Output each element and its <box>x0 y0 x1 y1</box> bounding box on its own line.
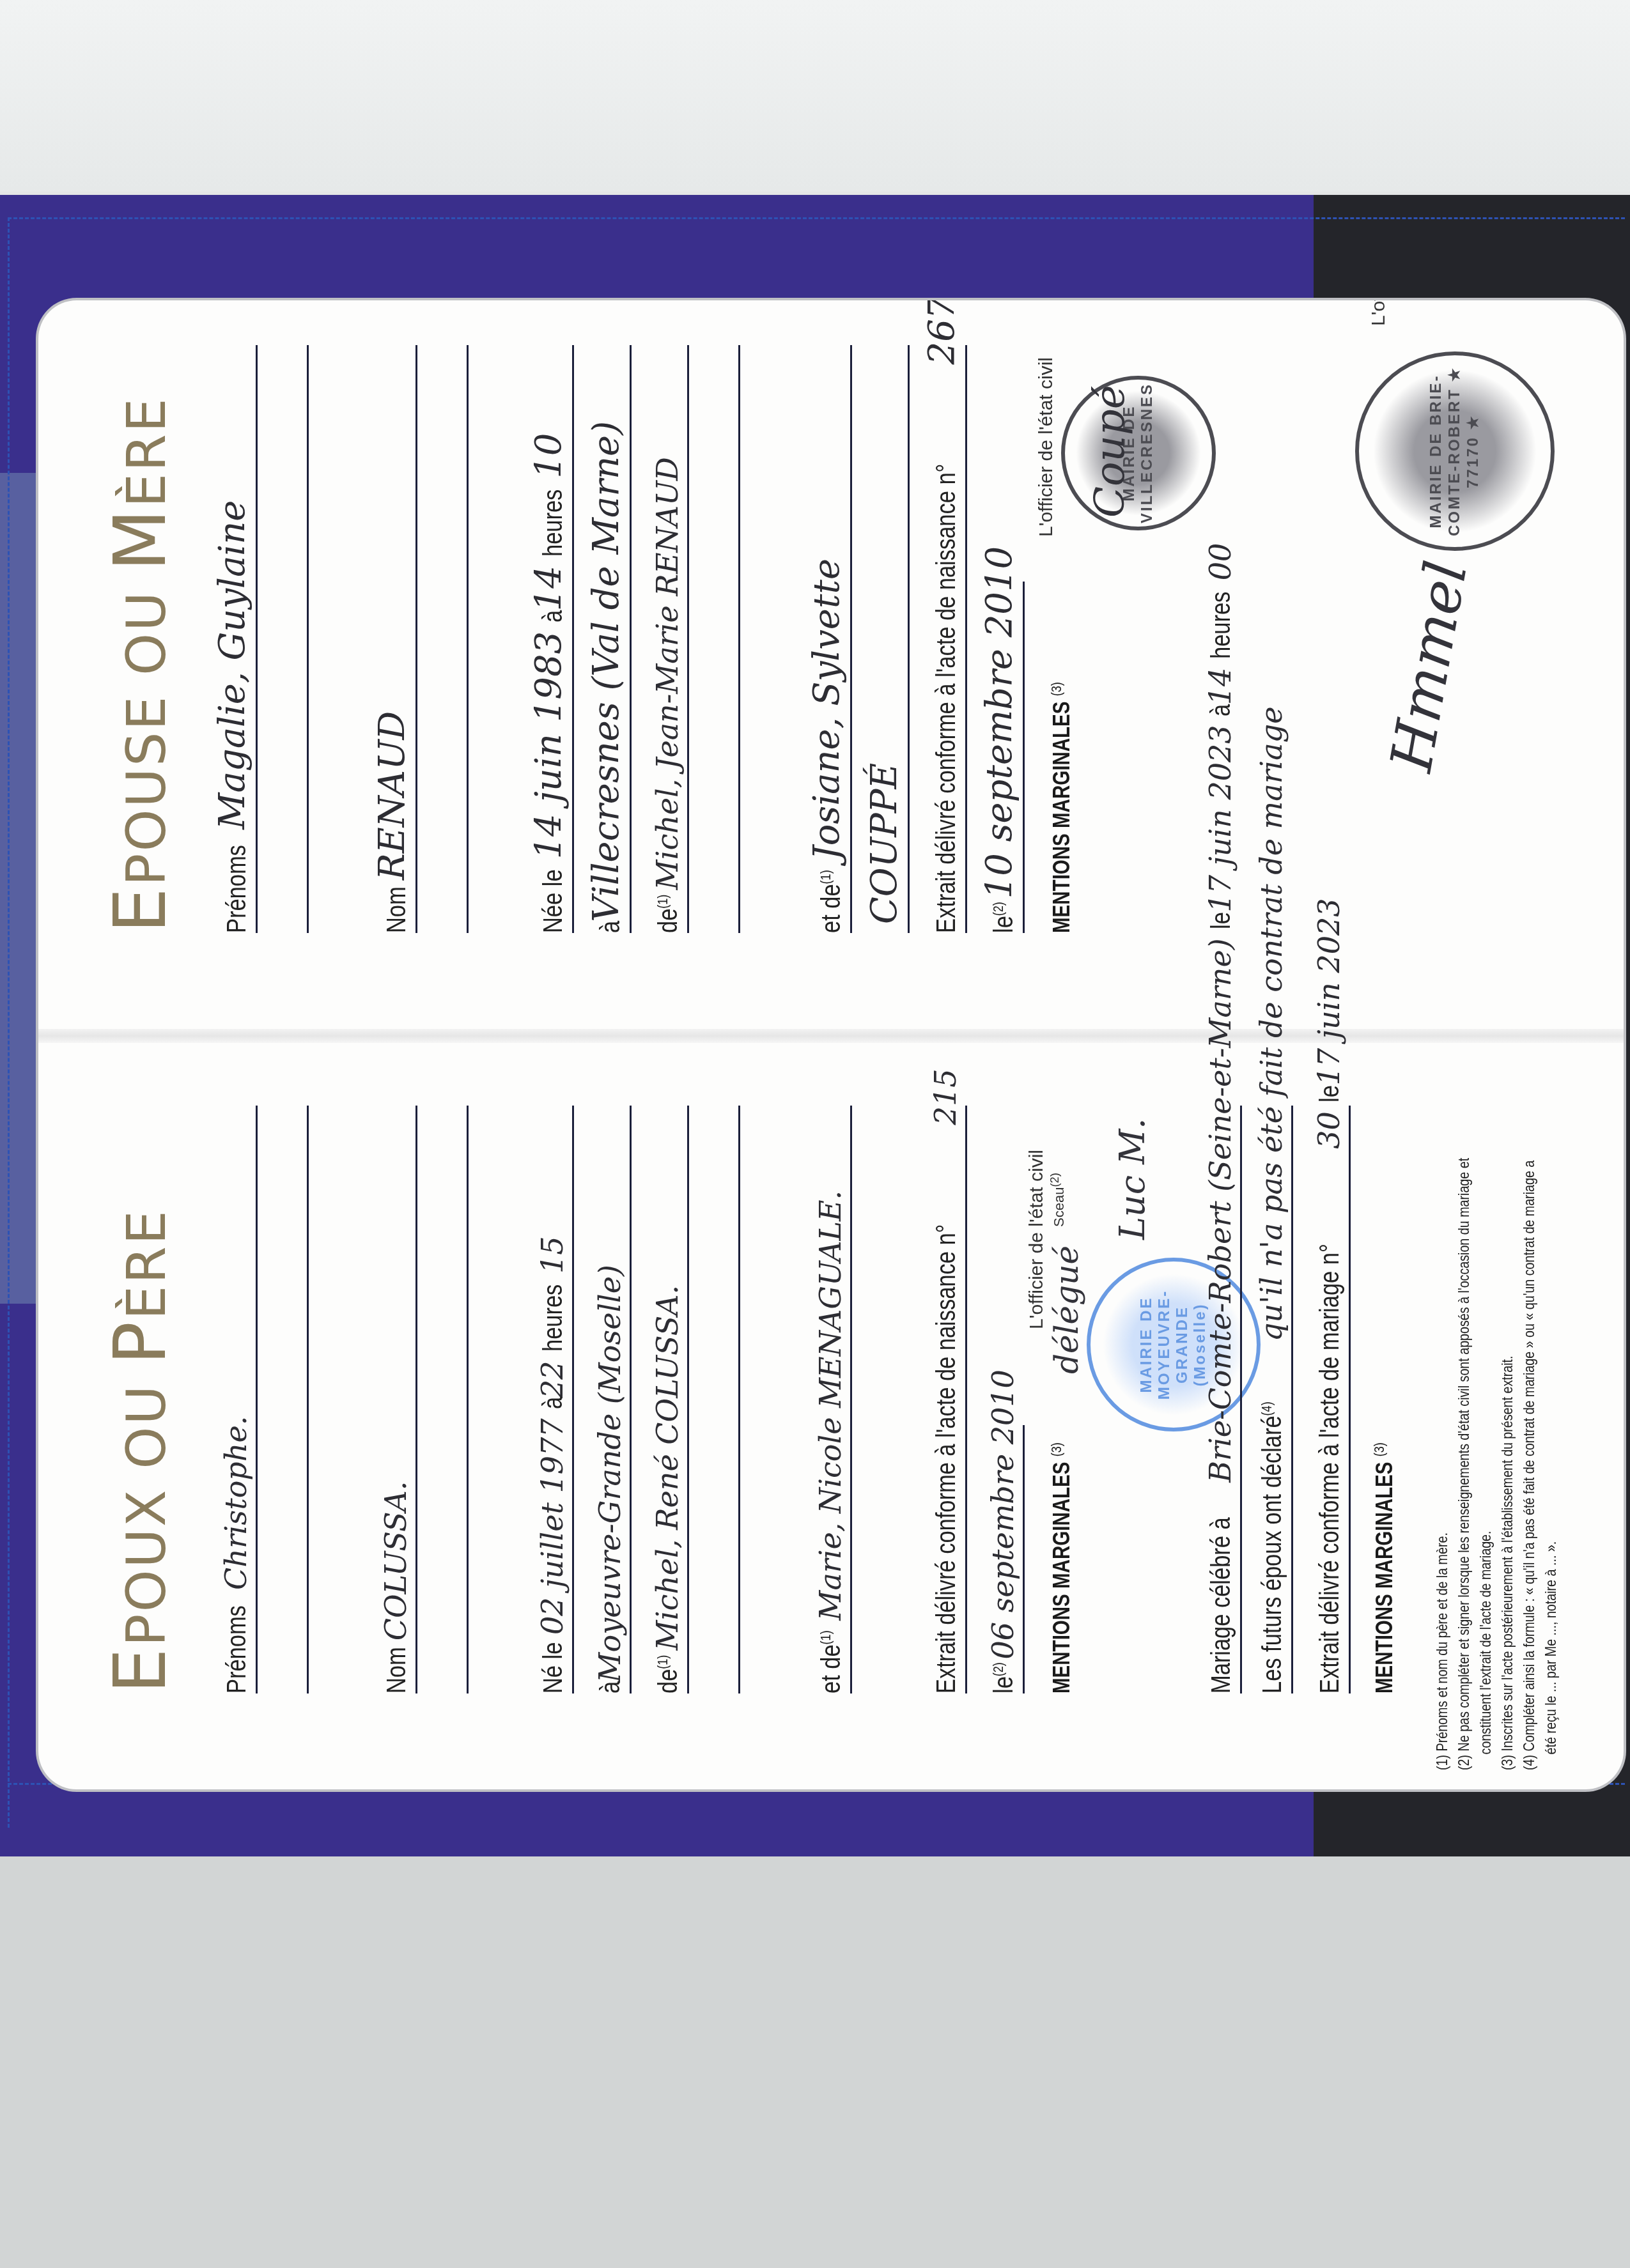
epouse-mentions-marginales: MENTIONS MARGINALES (3) <box>1048 682 1075 933</box>
footnotes: (1) Prénoms et nom du père et de la mère… <box>1432 1003 1562 1770</box>
mariage-stamp: MAIRIE DE BRIE-COMTE-ROBERT ★ 77170 ★ <box>1355 351 1555 551</box>
epoux-delegue: délégué <box>1048 1246 1085 1374</box>
epouse-mere-row: et de(1) Josiane, Sylvette <box>793 345 852 933</box>
epouse-prenoms-value: Magalie, Guylaine <box>212 491 256 838</box>
epouse-extrait-row: Extrait délivré conforme à l'acte de nai… <box>908 345 967 933</box>
epouse-prenoms-row: Prénoms Magalie, Guylaine <box>198 345 258 933</box>
epouse-extrait-date: 10 septembre 2010 <box>979 537 1023 908</box>
epoux-extrait-date-row: le(2) 06 septembre 2010 <box>965 1425 1025 1693</box>
epouse-mere-nom: COUPPÉ <box>864 754 908 933</box>
mariage-mentions-marginales: MENTIONS MARGINALES (3) <box>1371 1442 1398 1693</box>
epoux-lieu-row: à Moyeuvre-Grande (Moselle) <box>572 1106 632 1693</box>
cover-band <box>0 473 38 1304</box>
page-fold <box>38 1029 1624 1043</box>
scanner-background-top <box>0 0 1630 192</box>
epouse-pere-row: de(1) Michel, Jean-Marie RENAUD <box>630 345 689 933</box>
stitching-left <box>8 217 10 1828</box>
epouse-naissance-row: Née le 14 juin 1983 à 14 heures 10 <box>515 345 574 933</box>
mariage-extrait-date: 17 juin 2023 <box>1312 889 1349 1094</box>
epoux-officier-signature: Luc M. <box>1112 1118 1153 1240</box>
epoux-title: EPOUX OU PÈRE <box>99 1208 182 1693</box>
epouse-officier-signature: Coupé <box>1087 385 1134 518</box>
epouse-date-naissance: 14 juin 1983 <box>528 622 572 868</box>
epouse-stamp: MAIRIE DE VILLECRESNES <box>1061 376 1216 530</box>
epouse-nom-row: Nom RENAUD <box>358 345 417 933</box>
epouse-extrait-date-row: le(2) 10 septembre 2010 <box>965 582 1025 933</box>
mariage-contrat: qu'il n'a pas été fait de contrat de mar… <box>1254 698 1291 1351</box>
mariage-declaration-row: Les futurs époux ont déclaré(4) qu'il n'… <box>1234 1106 1293 1693</box>
epoux-extrait-numero: 215 <box>928 1060 965 1134</box>
epoux-pere-value: Michel, René COLUSSA. <box>650 1276 687 1659</box>
epoux-nom-row: Nom COLUSSA. <box>358 1106 417 1693</box>
mariage-officier-label: L'officier de l'état civil <box>1368 300 1390 326</box>
scanner-background-bottom <box>0 1853 1630 2268</box>
mariage-extrait-row: Extrait délivré conforme à l'acte de mar… <box>1291 1106 1351 1693</box>
epoux-prenoms-value: Christophe. <box>219 1407 256 1599</box>
mariage-date: 17 juin 2023 <box>1203 716 1240 922</box>
epouse-lieu-row: à Villecresnes (Val de Marne) <box>572 345 632 933</box>
epoux-lieu-naissance: Moyeuvre-Grande (Moselle) <box>593 1256 630 1692</box>
epoux-mere-value: Marie, Nicole MENAGUALE. <box>813 1182 850 1630</box>
epouse-lieu-naissance: Villecresnes (Val de Marne) <box>586 412 630 931</box>
epoux-prenoms-row: Prénoms Christophe. <box>198 1106 258 1693</box>
epouse-title: EPOUSE OU MÈRE <box>99 396 182 933</box>
epoux-extrait-date: 06 septembre 2010 <box>986 1361 1023 1668</box>
epouse-nom-value: RENAUD <box>371 702 415 890</box>
epouse-pere-value: Michel, Jean-Marie RENAUD <box>650 448 687 899</box>
epouse-mere-value: Josiane, Sylvette <box>806 550 850 869</box>
epoux-naissance-row: Né le 02 juillet 1977 à 22 heures 15 <box>515 1106 574 1693</box>
epouse-officier-label: L'officier de l'état civil <box>1036 357 1057 537</box>
epoux-date-naissance: 02 juillet 1977 <box>535 1409 572 1644</box>
epoux-mere-row: et de(1) Marie, Nicole MENAGUALE. <box>793 1106 852 1693</box>
epouse-extrait-numero: 267 <box>921 300 965 373</box>
epoux-nom-value: COLUSSA. <box>378 1472 415 1650</box>
mariage-extrait-numero: 30 <box>1312 1102 1349 1158</box>
livret-page: EPOUSE OU MÈRE Prénoms Magalie, Guylaine… <box>38 300 1624 1789</box>
epoux-mentions-marginales: MENTIONS MARGINALES (3) <box>1048 1442 1075 1693</box>
epoux-extrait-row: Extrait délivré conforme à l'acte de nai… <box>908 1106 967 1693</box>
section-epoux: EPOUX OU PÈRE Prénoms Christophe. Nom CO… <box>38 1067 1560 1789</box>
epoux-pere-row: de(1) Michel, René COLUSSA. <box>630 1106 689 1693</box>
stitching-top <box>8 217 1625 219</box>
